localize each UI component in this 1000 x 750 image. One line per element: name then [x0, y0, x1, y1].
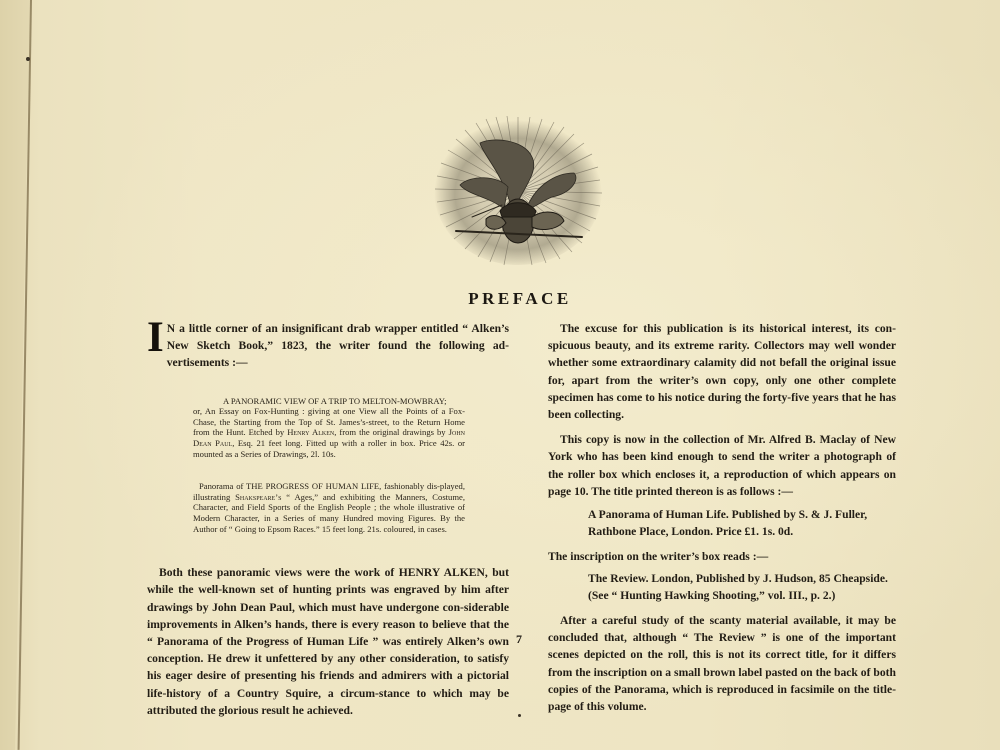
advertisement-progress-of-human-life: Panorama of THE PROGRESS OF HUMAN LIFE, … — [193, 481, 465, 534]
careful-study-paragraph: After a careful study of the scanty mate… — [548, 612, 896, 715]
ad-lead: Panorama of — [193, 481, 246, 491]
maclay-copy-paragraph: This copy is now in the collection of Mr… — [548, 431, 896, 500]
hunting-trophy-vignette-icon — [432, 113, 604, 268]
ad-title: THE PROGRESS OF HUMAN LIFE — [246, 481, 379, 491]
page-number: 7 — [516, 632, 522, 647]
advertisement-melton-mowbray: A PANORAMIC VIEW OF A TRIP TO MELTON-MOW… — [193, 396, 465, 460]
ad-body: , from the original drawings by — [334, 427, 448, 437]
left-column: IN a little corner of an insignificant d… — [147, 320, 509, 719]
quote-line: The Review. London, Published by J. Huds… — [588, 570, 896, 587]
quote-line: (See “ Hunting Hawking Shooting,” vol. I… — [588, 587, 896, 604]
paper-speck — [518, 714, 521, 717]
intro-paragraph: IN a little corner of an insignificant d… — [147, 320, 509, 372]
excuse-paragraph: The excuse for this publication is its h… — [548, 320, 896, 423]
quote-line: Rathbone Place, London. Price £1. 1s. 0d… — [588, 523, 896, 540]
roller-box-title-quote: A Panorama of Human Life. Published by S… — [588, 506, 896, 540]
right-column: The excuse for this publication is its h… — [548, 320, 896, 715]
ad-title: A PANORAMIC VIEW OF A TRIP TO MELTON-MOW… — [193, 396, 465, 407]
quote-line: A Panorama of Human Life. Published by S… — [588, 506, 896, 523]
paper-speck — [26, 57, 30, 61]
ad-name: Henry Alken — [287, 427, 334, 437]
ad-name: Shakspeare’s — [235, 492, 281, 502]
inscription-paragraph: The inscription on the writer’s box read… — [548, 548, 896, 565]
intro-text: N a little corner of an insignificant dr… — [167, 322, 509, 369]
inscription-quote: The Review. London, Published by J. Huds… — [588, 570, 896, 604]
ad-body: , Esq. 21 feet long. Fitted up with a ro… — [193, 438, 465, 459]
page-title: PREFACE — [0, 289, 1000, 309]
henry-alken-paragraph: Both these panoramic views were the work… — [147, 564, 509, 719]
drop-cap: I — [147, 321, 164, 355]
